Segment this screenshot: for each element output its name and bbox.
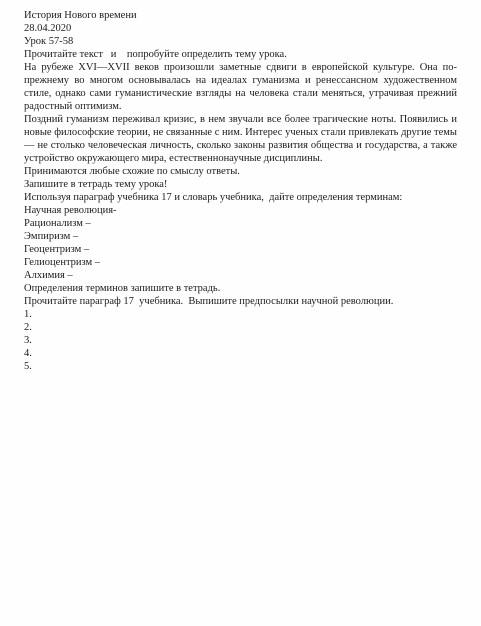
reading-task: Прочитайте параграф 17 учебника. Выпишит…	[24, 295, 457, 308]
terms-instruction: Используя параграф учебника 17 и словарь…	[24, 191, 457, 204]
numbered-item-3: 3.	[24, 334, 457, 347]
term-heliocentrism: Гелиоцентризм –	[24, 256, 457, 269]
numbered-item-1: 1.	[24, 308, 457, 321]
answers-note: Принимаются любые схожие по смыслу ответ…	[24, 165, 457, 178]
term-alchemy: Алхимия –	[24, 269, 457, 282]
term-empiricism: Эмпиризм –	[24, 230, 457, 243]
term-scientific-revolution: Научная революция-	[24, 204, 457, 217]
intro-paragraph-1: На рубеже XVI—XVII веков произошли замет…	[24, 61, 457, 113]
numbered-item-2: 2.	[24, 321, 457, 334]
write-topic-note: Запишите в тетрадь тему урока!	[24, 178, 457, 191]
document-title: История Нового времени	[24, 9, 457, 22]
numbered-item-5: 5.	[24, 360, 457, 373]
term-rationalism: Рационализм –	[24, 217, 457, 230]
terms-note: Определения терминов запишите в тетрадь.	[24, 282, 457, 295]
lesson-number: Урок 57-58	[24, 35, 457, 48]
term-geocentrism: Геоцентризм –	[24, 243, 457, 256]
document-page: История Нового времени 28.04.2020 Урок 5…	[0, 0, 481, 626]
intro-paragraph-2: Поздний гуманизм переживал кризис, в нем…	[24, 113, 457, 165]
lesson-date: 28.04.2020	[24, 22, 457, 35]
reading-instruction: Прочитайте текст и попробуйте определить…	[24, 48, 457, 61]
numbered-item-4: 4.	[24, 347, 457, 360]
